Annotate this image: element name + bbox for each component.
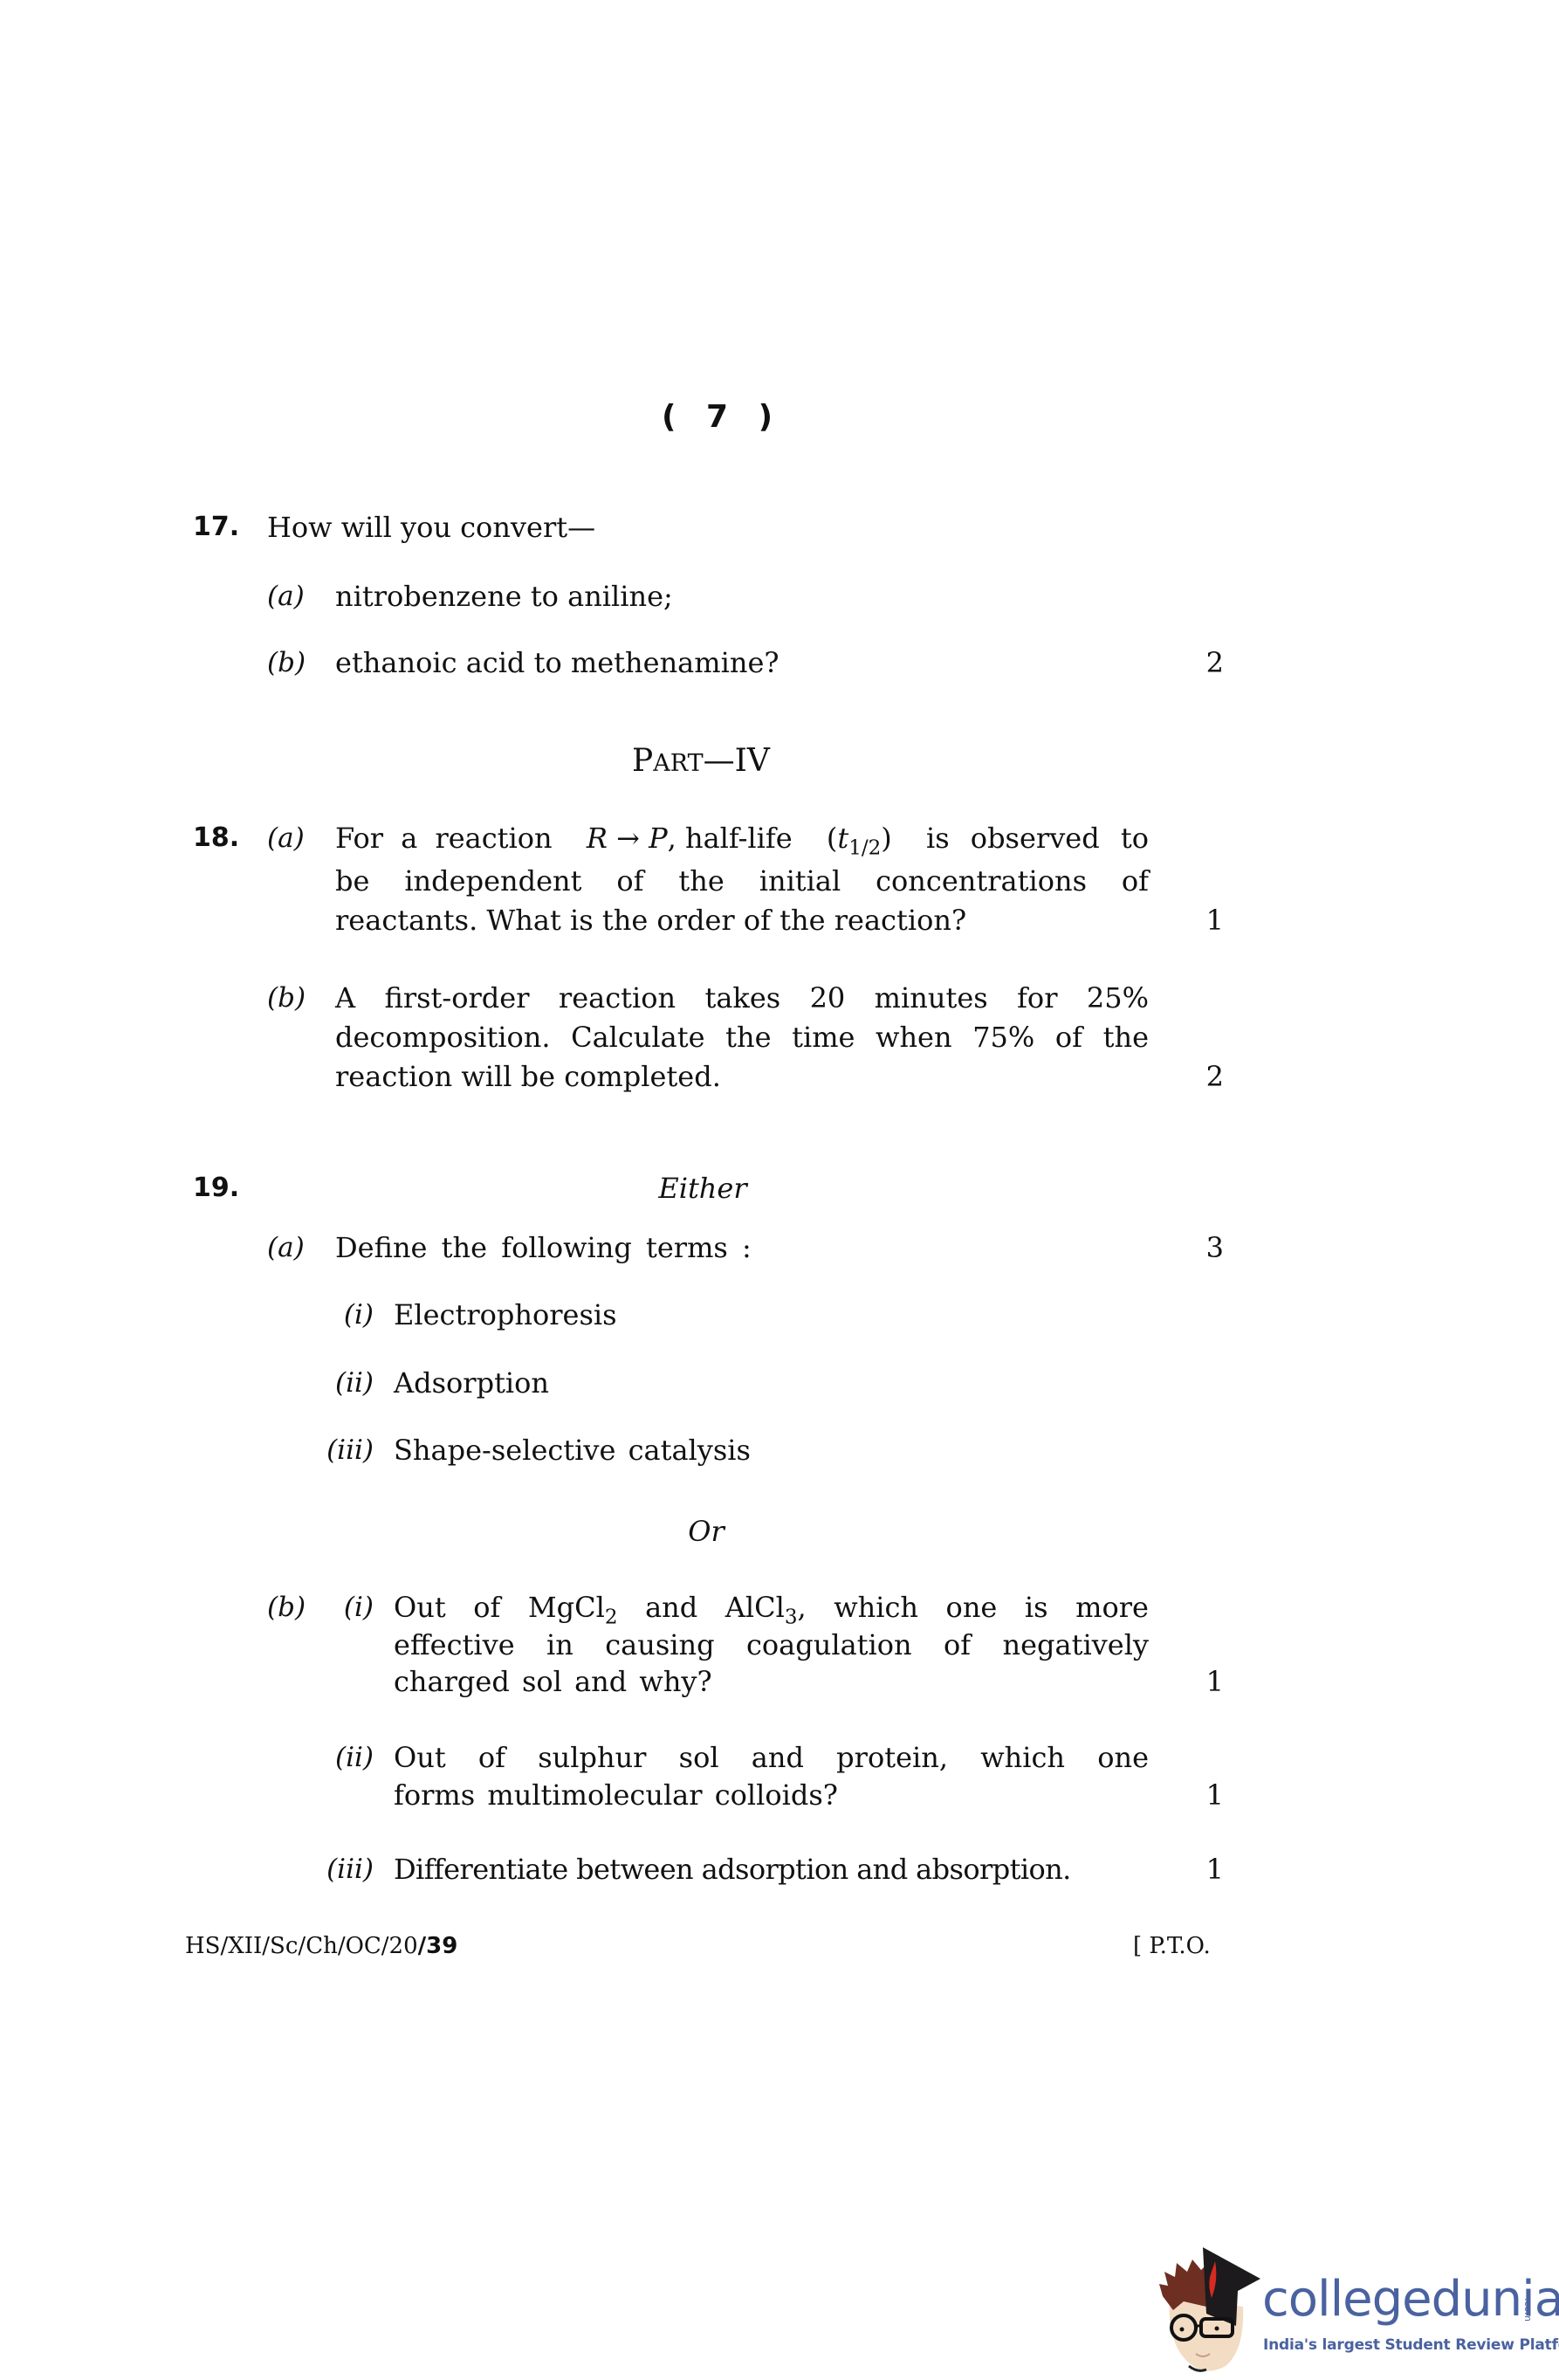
q19-b-i-is: is bbox=[1025, 1593, 1048, 1621]
q19-b-i-one: one bbox=[946, 1593, 998, 1621]
q19-b-item-i-line-3: charged sol and why? bbox=[394, 1668, 712, 1696]
q17-part-b-label: (b) bbox=[267, 649, 306, 677]
q19-a-item-i-text: Electrophoresis bbox=[394, 1301, 617, 1329]
q19-b-item-i-line-1: Outof Out of MgClMgCl2 and AlCl3, whicho… bbox=[394, 1593, 1149, 1621]
q19-b-i-out-of: Out bbox=[394, 1593, 446, 1621]
q19-b-iii-marks: 1 bbox=[1189, 1855, 1224, 1883]
part-heading-initial: P bbox=[632, 743, 653, 779]
alcl3-formula: AlCl3, bbox=[725, 1593, 807, 1621]
q18-b-marks: 2 bbox=[1189, 1063, 1224, 1090]
q19-b-item-ii-label: (ii) bbox=[325, 1744, 374, 1771]
q18-b-line-1: A first-order reaction takes 20 minutes … bbox=[335, 984, 1149, 1012]
mgcl2-subscript: 2 bbox=[605, 1606, 618, 1628]
half-life-symbol: (t1/2) bbox=[827, 824, 892, 852]
q19-b-item-ii-line-1: Out of sulphur sol and protein, which on… bbox=[394, 1744, 1149, 1771]
q18-a-line1-pre: For a reaction bbox=[335, 824, 553, 852]
q19-b-i-and: and bbox=[645, 1593, 697, 1621]
page-number: ( 7 ) bbox=[662, 402, 773, 433]
brand-text: collegedunia bbox=[1262, 2271, 1559, 2328]
q19-b-item-iii-label: (iii) bbox=[316, 1855, 374, 1883]
q18-a-line-2: be independent of the initial concentrat… bbox=[335, 867, 1149, 895]
part-heading-suffix: —IV bbox=[704, 743, 770, 779]
q19-b-i-of: of bbox=[473, 1593, 500, 1621]
brand-name: collegedunia bbox=[1262, 2275, 1559, 2324]
q19-b-item-ii-line-2: forms multimolecular colloids? bbox=[394, 1781, 838, 1809]
question-17-stem: How will you convert— bbox=[267, 513, 595, 541]
q19-a-item-iii-label: (iii) bbox=[316, 1436, 374, 1464]
student-mascot-icon bbox=[1157, 2246, 1264, 2375]
q19-a-marks: 3 bbox=[1189, 1234, 1224, 1262]
reaction-equation: R → P, half-life bbox=[587, 824, 793, 852]
pto-label: [ P.T.O. bbox=[1133, 1935, 1211, 1957]
q19-part-b-label: (b) bbox=[267, 1593, 306, 1621]
paper-code-prefix: HS/XII/Sc/Ch/OC/20 bbox=[185, 1933, 418, 1959]
reactant-symbol: R bbox=[587, 822, 608, 855]
q19-a-item-iii-text: Shape-selective catalysis bbox=[394, 1436, 751, 1464]
q17-part-b-text: ethanoic acid to methenamine? bbox=[335, 649, 779, 677]
q19-b-i-marks: 1 bbox=[1189, 1668, 1224, 1696]
alcl3-subscript: 3 bbox=[785, 1606, 798, 1628]
or-label: Or bbox=[619, 1517, 793, 1545]
q19-b-i-more: more bbox=[1075, 1593, 1149, 1621]
mgcl2-formula: Out of MgClMgCl2 bbox=[528, 1593, 618, 1621]
q18-b-line-2: decomposition. Calculate the time when 7… bbox=[335, 1023, 1149, 1051]
product-symbol: P bbox=[649, 822, 668, 855]
q19-a-item-ii-text: Adsorption bbox=[394, 1369, 549, 1397]
brand-tagline: India's largest Student Review Platform bbox=[1263, 2337, 1559, 2353]
q19-a-item-ii-label: (ii) bbox=[325, 1369, 374, 1397]
q18-a-line-3: reactants. What is the order of the reac… bbox=[335, 906, 966, 934]
q17-marks: 2 bbox=[1189, 649, 1224, 677]
q17-part-a-text: nitrobenzene to aniline; bbox=[335, 582, 673, 610]
q18-a-marks: 1 bbox=[1189, 906, 1224, 934]
q18-part-b-label: (b) bbox=[267, 984, 306, 1012]
part-heading-smallcaps: ART bbox=[653, 750, 703, 777]
paper-code: HS/XII/Sc/Ch/OC/20/39 bbox=[185, 1935, 457, 1957]
question-number-19: 19. bbox=[193, 1174, 239, 1202]
q18-b-line-3: reaction will be completed. bbox=[335, 1063, 721, 1090]
collegedunia-logo: collegedunia .com India's largest Studen… bbox=[1157, 2246, 1550, 2377]
paper-code-suffix: /39 bbox=[418, 1933, 458, 1959]
q19-part-a-label: (a) bbox=[267, 1234, 305, 1262]
question-number-17: 17. bbox=[193, 513, 239, 541]
q19-b-item-iii-text: Differentiate between adsorption and abs… bbox=[394, 1855, 1071, 1883]
half-life-subscript: 1/2 bbox=[848, 836, 881, 859]
q19-b-item-i-label: (i) bbox=[325, 1593, 374, 1621]
part-heading: PART—IV bbox=[632, 746, 770, 780]
brand-domain: .com bbox=[1523, 2298, 1533, 2322]
q19-b-i-which: which bbox=[834, 1593, 918, 1621]
arrow-icon: → bbox=[616, 822, 640, 855]
q17-part-a-label: (a) bbox=[267, 582, 305, 610]
q18-a-line-1: For a reaction R → P, half-life (t1/2) i… bbox=[335, 824, 1149, 852]
q18-a-line1-post: is observed to bbox=[926, 824, 1149, 852]
q19-part-a-text: Define the following terms : bbox=[335, 1234, 752, 1262]
q18-a-line1-mid: , half-life bbox=[668, 822, 793, 855]
q19-a-item-i-label: (i) bbox=[325, 1301, 374, 1329]
question-number-18: 18. bbox=[193, 824, 239, 852]
q19-b-item-i-line-2: effective in causing coagulation of nega… bbox=[394, 1631, 1149, 1659]
either-label: Either bbox=[615, 1174, 790, 1202]
q18-part-a-label: (a) bbox=[267, 824, 305, 852]
half-life-t: t bbox=[837, 822, 848, 855]
q19-b-ii-marks: 1 bbox=[1189, 1781, 1224, 1809]
